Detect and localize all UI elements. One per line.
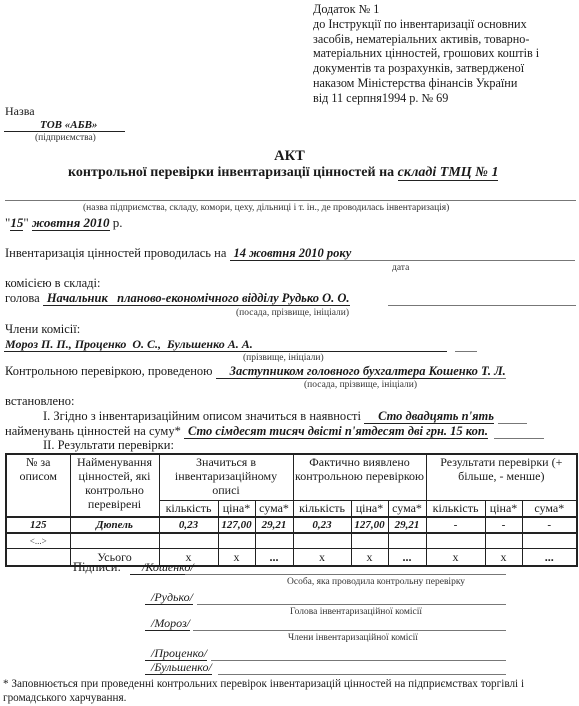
date-day: 15 — [10, 215, 23, 231]
signature-line — [211, 660, 506, 661]
item1-underline — [498, 423, 527, 424]
subtitle-prefix: контрольної перевірки інвентаризації цін… — [68, 165, 394, 180]
control-label: Контрольною перевіркою, проведеною — [5, 364, 212, 378]
members-value: Мороз П. П., Проценко О. С., Бульшенко А… — [5, 337, 253, 352]
appendix-line: до Інструкції по інвентаризації основних — [313, 17, 539, 32]
item1b-underline — [494, 438, 544, 439]
signatures-label: Підписи: — [73, 560, 121, 575]
signature-rudko: /Рудько/ — [145, 590, 193, 605]
signature-role: Члени інвентаризаційної комісії — [288, 633, 418, 643]
results-table: № за описом Найменування цінностей, які … — [5, 453, 578, 567]
subheader-price: ціна* — [485, 500, 522, 517]
signature-protsenko: /Проценко/ — [145, 646, 207, 661]
org-underline — [4, 131, 125, 132]
subtitle-place: складі ТМЦ № 1 — [398, 165, 499, 181]
signature-line — [197, 604, 506, 605]
subheader-sum: сума* — [388, 500, 426, 517]
signature-line — [218, 674, 506, 675]
subheader-sum: сума* — [255, 500, 293, 517]
established-label: встановлено: — [5, 394, 74, 409]
footnote-line2: громадського харчування. — [3, 692, 126, 704]
footnote-line1: * Заповнюється при проведенні контрольни… — [3, 678, 524, 690]
head-label: голова — [5, 291, 40, 305]
members-underline-tail — [455, 351, 477, 352]
control-hint: (посада, прізвище, ініціали) — [304, 380, 417, 390]
subheader-qty: кількість — [426, 500, 485, 517]
inventory-underline — [320, 260, 575, 261]
date-suffix: р. — [113, 215, 123, 230]
header-group-listed: Значиться в інвентаризаційному описі — [159, 454, 293, 500]
org-hint: (підприємства) — [35, 133, 96, 143]
members-label: Члени комісії: — [5, 322, 80, 337]
appendix-line: наказом Міністерства фінансів України — [313, 76, 539, 91]
head-underline — [388, 305, 576, 306]
signature-role: Голова інвентаризаційної комісії — [290, 607, 422, 617]
header-group-results: Результати перевірки (+ більше, - менше) — [426, 454, 577, 500]
inventory-value: 14 жовтня 2010 року — [230, 246, 352, 261]
header-name: Найменування цінностей, які контрольно п… — [70, 454, 159, 517]
control-line: Контрольною перевіркою, проведеною Засту… — [5, 364, 506, 379]
inventory-hint: дата — [392, 263, 409, 273]
subheader-qty: кількість — [159, 500, 218, 517]
subheader-price: ціна* — [351, 500, 388, 517]
commission-label: комісією в складі: — [5, 276, 100, 291]
control-underline — [460, 378, 506, 379]
appendix-line: Додаток № 1 — [313, 2, 539, 17]
members-hint: (прізвище, ініціали) — [243, 353, 324, 363]
appendix-line: матеріальних цінностей, грошових коштів … — [313, 46, 539, 61]
established-item1: І. Згідно з інвентаризаційним описом зна… — [43, 409, 494, 424]
document-title: АКТ — [0, 148, 579, 165]
appendix-block: Додаток № 1 до Інструкції по інвентариза… — [313, 2, 539, 106]
document-subtitle: контрольної перевірки інвентаризації цін… — [68, 165, 498, 181]
head-hint: (посада, прізвище, ініціали) — [236, 308, 349, 318]
signature-bulshenko: /Бульшенко/ — [145, 660, 212, 675]
inventory-label: Інвентаризація цінностей проводилась на — [5, 246, 226, 260]
item1-value: Сто двадцять п'ять — [364, 409, 494, 424]
control-value: Заступником головного бухгалтера Кошенко… — [216, 364, 506, 379]
appendix-line: засобів, нематеріальних активів, товарно… — [313, 32, 539, 47]
signature-koshenko: /Кошенко/ — [130, 560, 194, 575]
subheader-qty: кількість — [293, 500, 351, 517]
signature-line — [193, 630, 506, 631]
signature-line — [185, 574, 506, 575]
date-month-year: жовтня 2010 — [32, 215, 110, 231]
signature-moroz: /Мороз/ — [145, 616, 190, 631]
org-label: Назва — [5, 104, 35, 119]
subheader-price: ціна* — [218, 500, 255, 517]
established-item2: ІІ. Результати перевірки: — [43, 438, 174, 453]
table-row: <...> — [6, 533, 577, 549]
subheader-sum: сума* — [522, 500, 577, 517]
signature-role: Особа, яка проводила контрольну перевірк… — [287, 577, 465, 587]
commission-head-line: голова Начальник планово-економічного ві… — [5, 291, 350, 306]
head-value: Начальник планово-економічного відділу Р… — [43, 291, 350, 306]
place-underline — [5, 200, 576, 201]
appendix-line: від 11 серпня1994 р. № 69 — [313, 91, 539, 106]
appendix-line: документів та розрахунків, затвердженої — [313, 61, 539, 76]
org-value: ТОВ «АБВ» — [40, 119, 97, 131]
members-underline — [4, 351, 447, 352]
header-num: № за описом — [6, 454, 70, 517]
inventory-line: Інвентаризація цінностей проводилась на … — [5, 246, 351, 261]
table-row: 125 Дюпель 0,23 127,00 29,21 0,23 127,00… — [6, 517, 577, 533]
act-date: "15" жовтня 2010 р. — [5, 215, 123, 231]
item1b-value: Сто сімдесят тисяч двісті п'ятдесят дві … — [184, 424, 488, 439]
established-item1b: найменувань цінностей на суму* Сто сімде… — [5, 424, 488, 439]
place-hint: (назва підприємства, складу, комори, цех… — [83, 203, 449, 213]
header-group-actual: Фактично виявлено контрольною перевіркою — [293, 454, 426, 500]
